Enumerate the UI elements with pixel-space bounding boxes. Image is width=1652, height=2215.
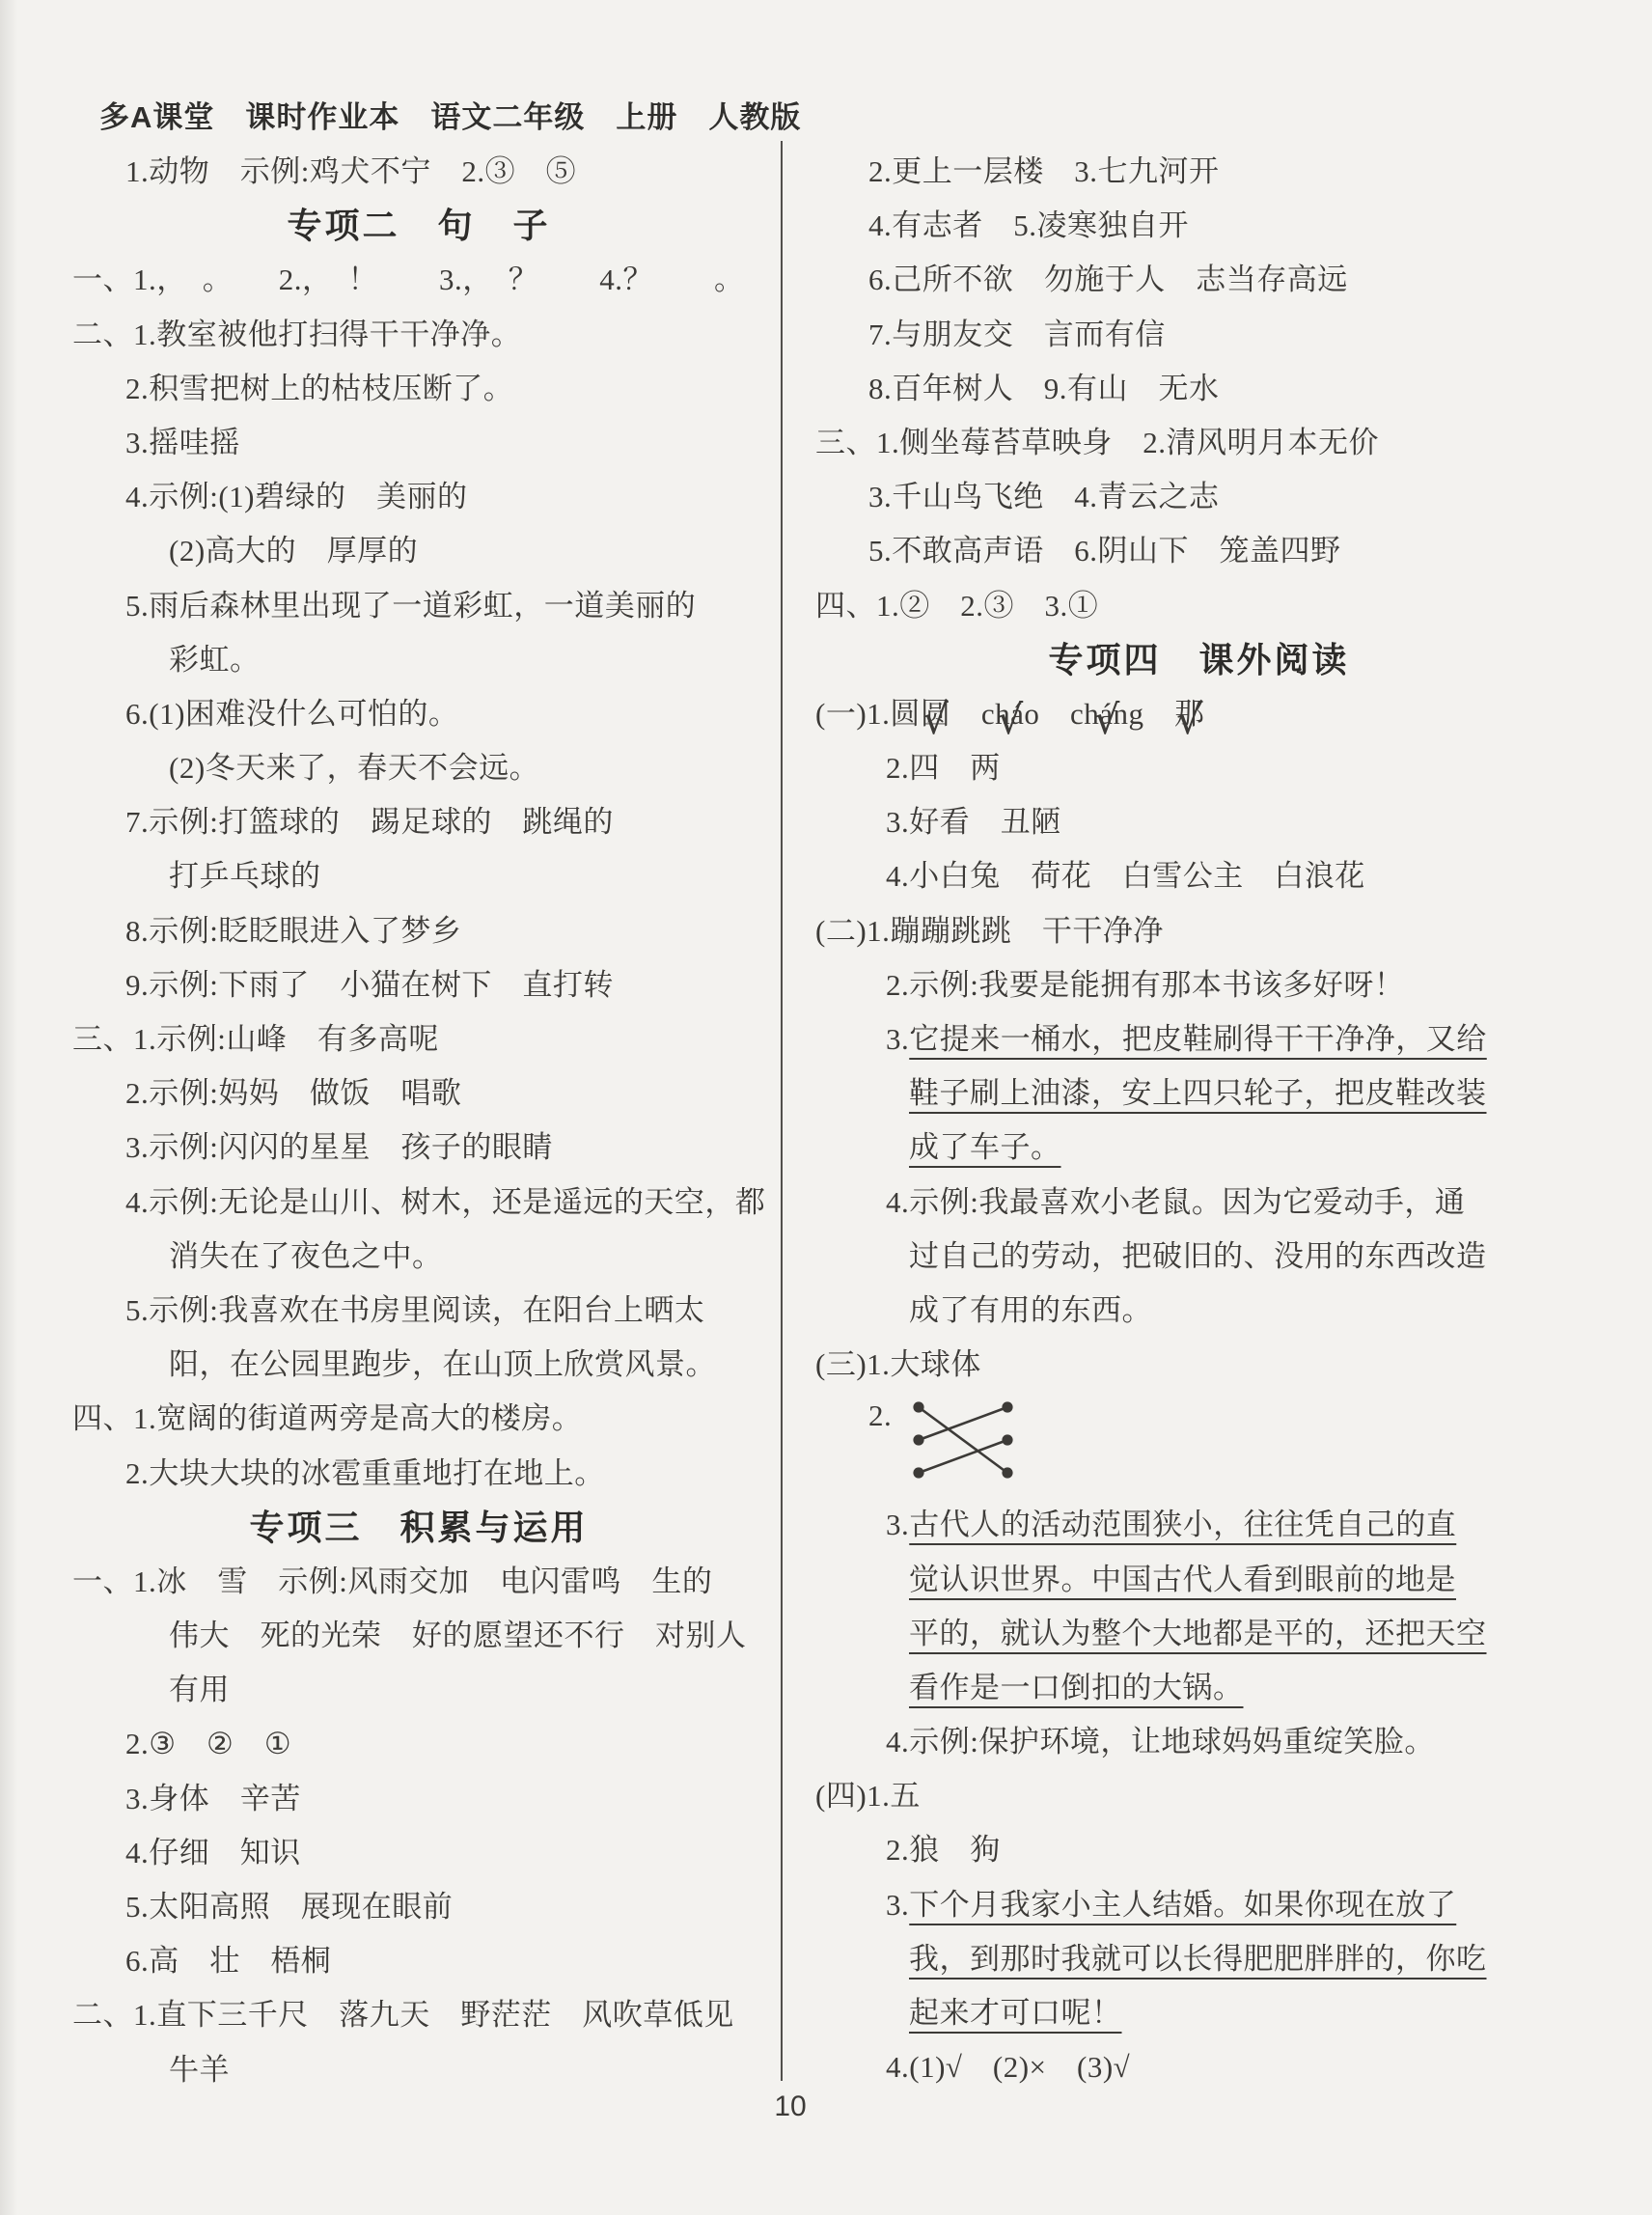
checked-answer: cháo√ xyxy=(981,687,1040,741)
answer-text: 牛羊 xyxy=(169,2053,230,2087)
answer-text: 3.示例:闪闪的星星 孩子的眼睛 xyxy=(125,1130,553,1164)
answer-text: 伟大 死的光荣 好的愿望还不行 对别人 xyxy=(169,1619,747,1652)
answer-line: 7.与朋友交 言而有信 xyxy=(801,308,1597,362)
underlined-text: 鞋子刷上油漆，安上四只轮子，把皮鞋改装 xyxy=(909,1076,1487,1110)
answer-line: 阳，在公园里跑步，在山顶上欣赏风景。 xyxy=(58,1338,780,1392)
answer-line: 2.四 两 xyxy=(801,741,1597,795)
answer-line: 4.示例:保护环境，让地球妈妈重绽笑脸。 xyxy=(801,1715,1597,1769)
answer-text: 过自己的劳动，把破旧的、没用的东西改造 xyxy=(909,1239,1487,1273)
checked-answer: 圆√ xyxy=(921,687,951,741)
answer-line: 二、1.直下三千尺 落九天 野茫茫 风吹草低见 xyxy=(58,1988,780,2042)
answer-line: (三)1.大球体 xyxy=(801,1338,1597,1392)
answer-text: (一)1.圆 xyxy=(815,697,921,731)
answer-line: 2.狼 狗 xyxy=(801,1823,1597,1877)
answer-line: 4.仔细 知识 xyxy=(58,1826,780,1880)
answer-text: 4.示例:保护环境，让地球妈妈重绽笑脸。 xyxy=(886,1725,1435,1758)
answer-line: 二、1.教室被他打扫得干干净净。 xyxy=(58,308,780,362)
answer-line: 2.积雪把树上的枯枝压断了。 xyxy=(58,362,780,416)
section-heading: 专项四 课外阅读 xyxy=(801,633,1597,687)
answer-line: 3.下个月我家小主人结婚。如果你现在放了 xyxy=(801,1878,1597,1932)
underlined-text: 它提来一桶水，把皮鞋刷得干干净净，又给 xyxy=(909,1022,1487,1056)
matching-diagram xyxy=(905,1396,1023,1486)
answer-text: 彩虹。 xyxy=(169,643,261,677)
matching-dot xyxy=(1003,1402,1013,1413)
answer-text: (2)高大的 厚厚的 xyxy=(169,534,418,568)
answer-text: 5.示例:我喜欢在书房里阅读，在阳台上晒太 xyxy=(125,1293,704,1327)
matching-line xyxy=(919,1407,1007,1440)
answer-text: 5.太阳高照 展现在眼前 xyxy=(125,1890,453,1924)
item-number: 3. xyxy=(886,1888,909,1922)
answer-line: 4.(1)√ (2)× (3)√ xyxy=(801,2040,1597,2094)
underlined-text: 成了车子。 xyxy=(909,1130,1061,1164)
answer-line: 3.古代人的活动范围狭小，往往凭自己的直 xyxy=(801,1498,1597,1552)
answer-text xyxy=(950,697,981,731)
answer-text: 5.雨后森林里出现了一道彩虹，一道美丽的 xyxy=(125,589,696,623)
answer-line: 6.己所不欲 勿施于人 志当存高远 xyxy=(801,253,1597,307)
answer-line: 3.它提来一桶水，把皮鞋刷得干干净净，又给 xyxy=(801,1012,1597,1066)
answer-text: 2.③ ② ① xyxy=(125,1727,291,1760)
answer-line: 5.太阳高照 展现在眼前 xyxy=(58,1880,780,1934)
answer-text: 7.与朋友交 言而有信 xyxy=(868,318,1166,351)
answer-line: 看作是一口倒扣的大锅。 xyxy=(801,1661,1597,1715)
answer-text: 3.千山鸟飞绝 4.青云之志 xyxy=(868,480,1220,513)
answer-line: 三、1.示例:山峰 有多高呢 xyxy=(58,1012,780,1066)
column-right: 2.更上一层楼 3.七九河开4.有志者 5.凌寒独自开6.己所不欲 勿施于人 志… xyxy=(801,145,1597,2094)
matching-dot xyxy=(914,1468,924,1479)
answer-text: 4.示例:无论是山川、树木，还是遥远的天空，都 xyxy=(125,1185,765,1219)
answer-text: 3.身体 辛苦 xyxy=(125,1782,301,1815)
answer-line: 5.不敢高声语 6.阴山下 笼盖四野 xyxy=(801,524,1597,578)
answer-text: 三、1.侧坐莓苔草映身 2.清风明月本无价 xyxy=(815,426,1379,459)
answer-line: 消失在了夜色之中。 xyxy=(58,1230,780,1284)
answer-line: 2.大块大块的冰雹重重地打在地上。 xyxy=(58,1447,780,1501)
answer-text: 2.示例:妈妈 做饭 唱歌 xyxy=(125,1076,461,1110)
check-mark: √ xyxy=(1094,700,1120,740)
answer-line: 4.有志者 5.凌寒独自开 xyxy=(801,199,1597,253)
answer-text: 消失在了夜色之中。 xyxy=(169,1239,443,1273)
answer-line: (四)1.五 xyxy=(801,1769,1597,1823)
answer-line: 我，到那时我就可以长得肥肥胖胖的，你吃 xyxy=(801,1932,1597,1986)
page: 多A课堂 课时作业本 语文二年级 上册 人教版 1.动物 示例:鸡犬不宁 2.③… xyxy=(0,0,1652,2215)
answer-line: 8.百年树人 9.有山 无水 xyxy=(801,362,1597,416)
underlined-text: 古代人的活动范围狭小，往往凭自己的直 xyxy=(909,1508,1456,1541)
answer-line: 4.小白兔 荷花 白雪公主 白浪花 xyxy=(801,849,1597,903)
answer-text: 4.小白兔 荷花 白雪公主 白浪花 xyxy=(886,859,1365,893)
answer-line: 一、1.冰 雪 示例:风雨交加 电闪雷鸣 生的 xyxy=(58,1555,780,1609)
answer-line: 觉认识世界。中国古代人看到眼前的地是 xyxy=(801,1553,1597,1607)
answer-line: 打乒乓球的 xyxy=(58,849,780,903)
answer-text: 四、1.② 2.③ 3.① xyxy=(815,589,1098,623)
column-left: 1.动物 示例:鸡犬不宁 2.③ ⑤专项二 句 子一、1.， 。 2.， ！ 3… xyxy=(58,145,780,2097)
checked-answer: 那√ xyxy=(1174,687,1205,741)
answer-line: 四、1.宽阔的街道两旁是高大的楼房。 xyxy=(58,1392,780,1446)
answer-line: 5.雨后森林里出现了一道彩虹，一道美丽的 xyxy=(58,579,780,633)
answer-line: (一)1.圆圆√ cháo√ cháng√ 那√ xyxy=(801,687,1597,741)
underlined-text: 看作是一口倒扣的大锅。 xyxy=(909,1671,1244,1704)
answer-text: 阳，在公园里跑步，在山顶上欣赏风景。 xyxy=(169,1347,716,1381)
answer-line: 2.示例:我要是能拥有那本书该多好呀！ xyxy=(801,958,1597,1012)
answer-line: 7.示例:打篮球的 踢足球的 跳绳的 xyxy=(58,795,780,849)
answer-line: 成了车子。 xyxy=(801,1121,1597,1175)
answer-text: 2.大块大块的冰雹重重地打在地上。 xyxy=(125,1456,605,1490)
section-heading: 专项三 积累与运用 xyxy=(58,1501,780,1555)
answer-line: 3.千山鸟飞绝 4.青云之志 xyxy=(801,470,1597,524)
answer-line: 三、1.侧坐莓苔草映身 2.清风明月本无价 xyxy=(801,416,1597,470)
answer-text: 打乒乓球的 xyxy=(169,859,321,893)
column-divider xyxy=(781,141,783,2081)
answer-line: 四、1.② 2.③ 3.① xyxy=(801,579,1597,633)
answer-line: 4.示例:无论是山川、树木，还是遥远的天空，都 xyxy=(58,1176,780,1230)
answer-line: 伟大 死的光荣 好的愿望还不行 对别人 xyxy=(58,1609,780,1663)
answer-text: 2.积雪把树上的枯枝压断了。 xyxy=(125,372,513,405)
matching-dot xyxy=(1003,1435,1013,1446)
answer-text: 成了有用的东西。 xyxy=(909,1293,1152,1327)
figure-item-number: 2. xyxy=(868,1392,892,1440)
answer-line: 牛羊 xyxy=(58,2043,780,2097)
answer-text: 2.狼 狗 xyxy=(886,1833,1001,1867)
answer-line: 彩虹。 xyxy=(58,633,780,687)
matching-dot xyxy=(1003,1468,1013,1479)
answer-line: 5.示例:我喜欢在书房里阅读，在阳台上晒太 xyxy=(58,1284,780,1338)
answer-text: 四、1.宽阔的街道两旁是高大的楼房。 xyxy=(72,1401,582,1435)
item-number: 3. xyxy=(886,1022,909,1056)
section-heading: 专项二 句 子 xyxy=(58,199,780,253)
answer-line: 平的，就认为整个大地都是平的，还把天空 xyxy=(801,1607,1597,1661)
answer-line: 3.示例:闪闪的星星 孩子的眼睛 xyxy=(58,1121,780,1175)
answer-line: 2.示例:妈妈 做饭 唱歌 xyxy=(58,1066,780,1121)
answer-text xyxy=(1039,697,1070,731)
answer-line: 有用 xyxy=(58,1663,780,1717)
answer-text xyxy=(1143,697,1174,731)
answer-text: 5.不敢高声语 6.阴山下 笼盖四野 xyxy=(868,534,1341,568)
answer-line: 3.身体 辛苦 xyxy=(58,1772,780,1826)
answer-line: 4.示例:我最喜欢小老鼠。因为它爱动手，通 xyxy=(801,1176,1597,1230)
answer-text: 三、1.示例:山峰 有多高呢 xyxy=(72,1022,439,1056)
answer-line: 3.好看 丑陋 xyxy=(801,795,1597,849)
answer-line: 6.(1)困难没什么可怕的。 xyxy=(58,687,780,741)
answer-text: 4.(1)√ (2)× (3)√ xyxy=(886,2050,1130,2084)
answer-line: 成了有用的东西。 xyxy=(801,1284,1597,1338)
answer-text: 1.动物 示例:鸡犬不宁 2.③ ⑤ xyxy=(125,154,576,188)
answer-text: 一、1.， 。 2.， ！ 3.， ？ 4.？ 。 xyxy=(72,263,745,296)
answer-text: 二、1.教室被他打扫得干干净净。 xyxy=(72,318,521,351)
answer-line: 2.更上一层楼 3.七九河开 xyxy=(801,145,1597,199)
checked-answer: cháng√ xyxy=(1070,687,1144,741)
answer-line: 1.动物 示例:鸡犬不宁 2.③ ⑤ xyxy=(58,145,780,199)
answer-line: 4.示例:(1)碧绿的 美丽的 xyxy=(58,470,780,524)
answer-line: 2.③ ② ① xyxy=(58,1717,780,1771)
answer-text: 6.己所不欲 勿施于人 志当存高远 xyxy=(868,263,1348,296)
underlined-text: 我，到那时我就可以长得肥肥胖胖的，你吃 xyxy=(909,1942,1487,1976)
answer-line: 9.示例:下雨了 小猫在树下 直打转 xyxy=(58,958,780,1012)
answer-text: 9.示例:下雨了 小猫在树下 直打转 xyxy=(125,968,614,1002)
answer-text: 二、1.直下三千尺 落九天 野茫茫 风吹草低见 xyxy=(72,1998,734,2032)
answer-line: 2. xyxy=(801,1392,1597,1498)
underlined-text: 觉认识世界。中国古代人看到眼前的地是 xyxy=(909,1563,1456,1596)
answer-text: 有用 xyxy=(169,1673,230,1706)
answer-text: 3.好看 丑陋 xyxy=(886,805,1061,839)
answer-text: 2.示例:我要是能拥有那本书该多好呀！ xyxy=(886,968,1404,1002)
answer-line: (二)1.蹦蹦跳跳 干干净净 xyxy=(801,904,1597,958)
answer-text: (三)1.大球体 xyxy=(815,1347,981,1381)
answer-text: (二)1.蹦蹦跳跳 干干净净 xyxy=(815,914,1164,948)
answer-line: (2)冬天来了，春天不会远。 xyxy=(58,741,780,795)
answer-line: (2)高大的 厚厚的 xyxy=(58,524,780,578)
answer-text: 4.有志者 5.凌寒独自开 xyxy=(868,208,1189,242)
matching-dot xyxy=(914,1402,924,1413)
answer-text: 4.仔细 知识 xyxy=(125,1836,301,1869)
check-mark: √ xyxy=(922,700,949,740)
page-header: 多A课堂 课时作业本 语文二年级 上册 人教版 xyxy=(99,93,801,136)
item-number: 3. xyxy=(886,1508,909,1541)
answer-line: 过自己的劳动，把破旧的、没用的东西改造 xyxy=(801,1230,1597,1284)
answer-text: 8.百年树人 9.有山 无水 xyxy=(868,372,1220,405)
matching-dot xyxy=(914,1435,924,1446)
check-mark: √ xyxy=(1176,700,1202,740)
underlined-text: 下个月我家小主人结婚。如果你现在放了 xyxy=(909,1888,1456,1922)
answer-text: 4.示例:(1)碧绿的 美丽的 xyxy=(125,480,468,513)
answer-line: 3.摇哇摇 xyxy=(58,416,780,470)
answer-text: 3.摇哇摇 xyxy=(125,426,240,459)
answer-text: 7.示例:打篮球的 踢足球的 跳绳的 xyxy=(125,805,614,839)
answer-line: 6.高 壮 梧桐 xyxy=(58,1934,780,1988)
matching-line xyxy=(919,1440,1007,1473)
answer-text: 2.更上一层楼 3.七九河开 xyxy=(868,154,1220,188)
matching-line xyxy=(919,1407,1007,1473)
answer-line: 一、1.， 。 2.， ！ 3.， ？ 4.？ 。 xyxy=(58,253,780,307)
check-mark: √ xyxy=(998,700,1024,740)
page-number: 10 xyxy=(757,2090,824,2123)
answer-text: 2.四 两 xyxy=(886,751,1001,785)
answer-text: 一、1.冰 雪 示例:风雨交加 电闪雷鸣 生的 xyxy=(72,1564,712,1598)
answer-text: 6.高 壮 梧桐 xyxy=(125,1944,331,1978)
answer-text: (四)1.五 xyxy=(815,1779,921,1813)
answer-line: 起来才可口呢！ xyxy=(801,1986,1597,2040)
answer-text: 4.示例:我最喜欢小老鼠。因为它爱动手，通 xyxy=(886,1185,1465,1219)
answer-text: 6.(1)困难没什么可怕的。 xyxy=(125,697,458,731)
answer-text: (2)冬天来了，春天不会远。 xyxy=(169,751,539,785)
underlined-text: 起来才可口呢！ xyxy=(909,1996,1122,2030)
answer-line: 鞋子刷上油漆，安上四只轮子，把皮鞋改装 xyxy=(801,1066,1597,1121)
answer-text: 8.示例:眨眨眼进入了梦乡 xyxy=(125,914,461,948)
underlined-text: 平的，就认为整个大地都是平的，还把天空 xyxy=(909,1617,1487,1650)
answer-line: 8.示例:眨眨眼进入了梦乡 xyxy=(58,904,780,958)
